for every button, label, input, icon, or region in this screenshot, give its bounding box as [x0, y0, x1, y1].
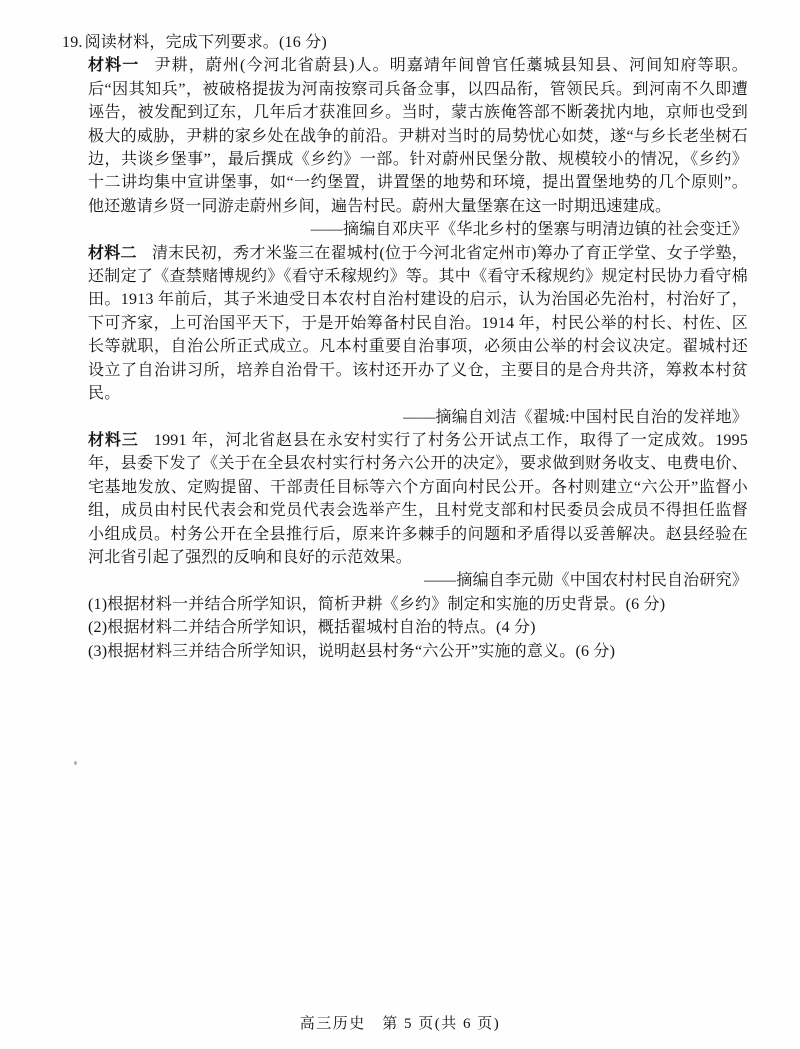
- exam-page: 19.阅读材料，完成下列要求。(16 分) 材料一尹耕，蔚州(今河北省蔚县)人。…: [0, 0, 800, 1049]
- page-footer: 高三历史 第 5 页(共 6 页): [0, 1012, 800, 1033]
- material-1-paragraph: 材料一尹耕，蔚州(今河北省蔚县)人。明嘉靖年间曾官任藁城县知县、河间知府等职。后…: [88, 54, 748, 218]
- print-artifact-speck: [74, 761, 77, 765]
- material-1-attribution: ——摘编自邓庆平《华北乡村的堡寨与明清边镇的社会变迁》: [88, 218, 748, 241]
- question-heading: 19.阅读材料，完成下列要求。(16 分): [88, 31, 748, 54]
- material-2-text: 清末民初，秀才米鉴三在翟城村(位于今河北省定州市)筹办了育正学堂、女子学塾，还制…: [88, 245, 748, 402]
- material-1-text: 尹耕，蔚州(今河北省蔚县)人。明嘉靖年间曾官任藁城县知县、河间知府等职。后“因其…: [88, 57, 748, 214]
- sub-question-1: (1)根据材料一并结合所学知识，简析尹耕《乡约》制定和实施的历史背景。(6 分): [88, 593, 748, 616]
- material-1-label: 材料一: [88, 57, 139, 74]
- material-3-attribution: ——摘编自李元勋《中国农村村民自治研究》: [88, 569, 748, 592]
- material-3-text: 1991 年，河北省赵县在永安村实行了村务公开试点工作，取得了一定成效。1995…: [88, 432, 748, 566]
- material-2-paragraph: 材料二清末民初，秀才米鉴三在翟城村(位于今河北省定州市)筹办了育正学堂、女子学塾…: [88, 242, 748, 406]
- material-3-label: 材料三: [88, 432, 139, 449]
- exam-content: 19.阅读材料，完成下列要求。(16 分) 材料一尹耕，蔚州(今河北省蔚县)人。…: [62, 31, 748, 663]
- sub-question-2: (2)根据材料二并结合所学知识，概括翟城村自治的特点。(4 分): [88, 616, 748, 639]
- material-3-paragraph: 材料三1991 年，河北省赵县在永安村实行了村务公开试点工作，取得了一定成效。1…: [88, 429, 748, 569]
- material-2-label: 材料二: [88, 245, 137, 262]
- material-2-attribution: ——摘编自刘洁《翟城:中国村民自治的发祥地》: [88, 406, 748, 429]
- question-intro: 阅读材料，完成下列要求。(16 分): [85, 34, 327, 51]
- sub-question-3: (3)根据材料三并结合所学知识，说明赵县村务“六公开”实施的意义。(6 分): [88, 640, 748, 663]
- question-number: 19.: [62, 34, 85, 51]
